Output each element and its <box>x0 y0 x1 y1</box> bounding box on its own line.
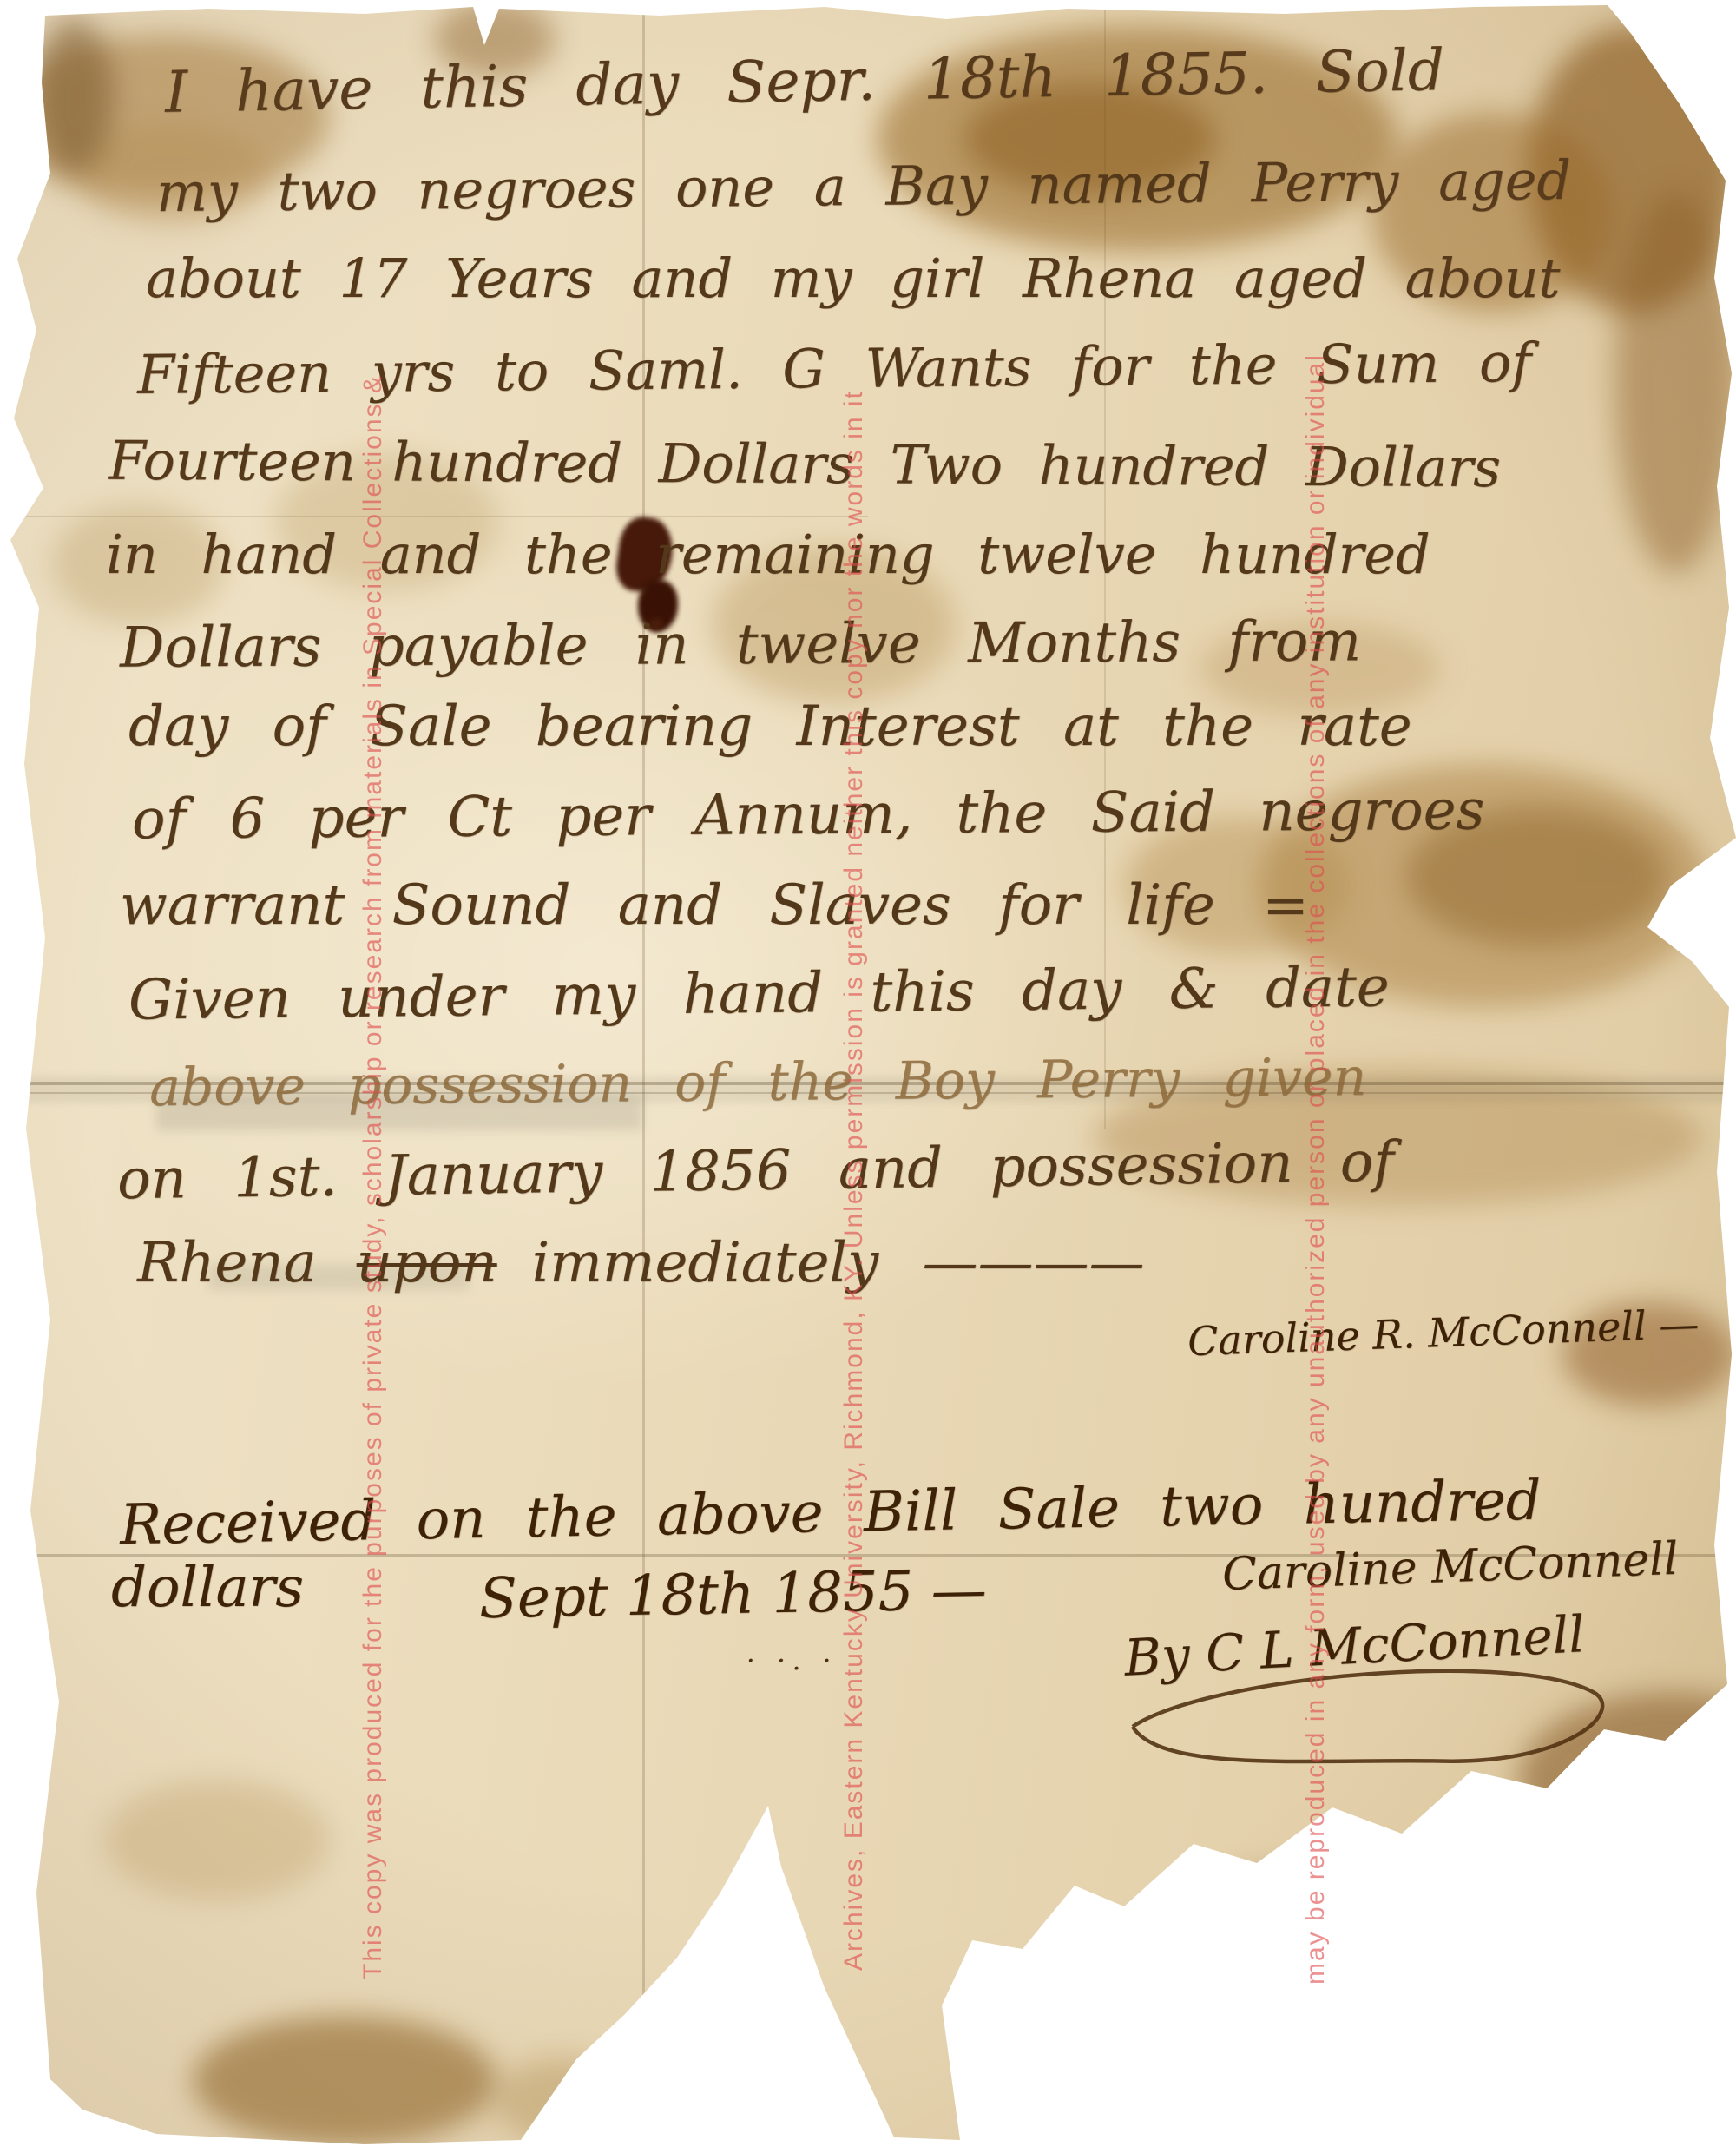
watermark-archival-note-right: may be reproduced in any form, used by a… <box>1300 353 1332 1985</box>
watermark-archival-note-left: This copy was produced for the purposes … <box>358 374 389 1979</box>
scanned-document-page: { "document": { "body_lines": [ "I have … <box>0 0 1736 2153</box>
watermark-archival-note-middle: Archives, Eastern Kentucky University, R… <box>838 390 870 1971</box>
